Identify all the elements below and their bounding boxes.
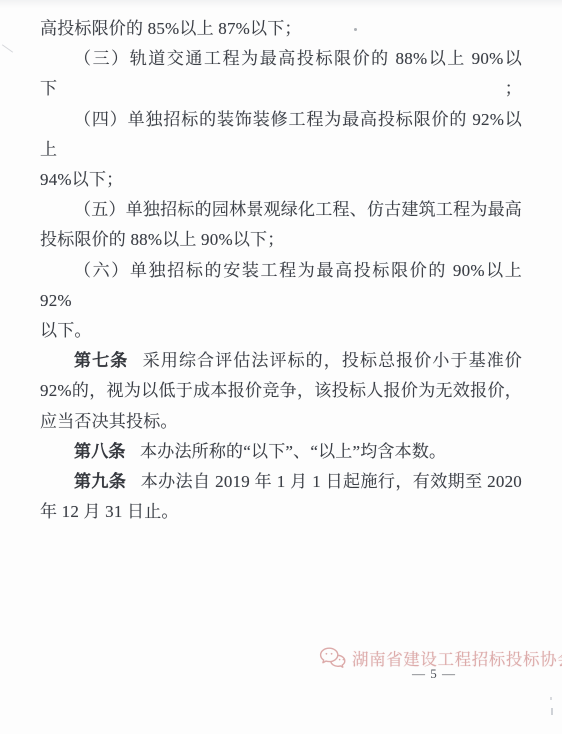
text-line: 投标限价的 88%以上 90%以下；	[40, 225, 522, 255]
article-text: 本办法自 2019 年 1 月 1 日起施行，有效期至 2020	[141, 472, 522, 491]
text-line: 高投标限价的 85%以上 87%以下；	[40, 14, 522, 44]
page-number: — 5 —	[396, 666, 472, 682]
document-page: 高投标限价的 85%以上 87%以下； （三）轨道交通工程为最高投标限价的 88…	[0, 0, 562, 734]
article-text: 采用综合评估法评标的，投标总报价小于基准价	[143, 351, 522, 370]
text-line: 第九条本办法自 2019 年 1 月 1 日起施行，有效期至 2020	[40, 467, 522, 497]
text-line: （五）单独招标的园林景观绿化工程、仿古建筑工程为最高	[40, 195, 522, 225]
scan-artifact-speck	[551, 708, 553, 715]
document-body: 高投标限价的 85%以上 87%以下； （三）轨道交通工程为最高投标限价的 88…	[40, 14, 522, 527]
text-line: 以下。	[40, 316, 522, 346]
text-line: （六）单独招标的安装工程为最高投标限价的 90%以上 92%	[40, 256, 522, 316]
text-line: 92%的，视为以低于成本报价竞争，该投标人报价为无效报价，	[40, 376, 522, 406]
scan-artifact-line	[2, 44, 13, 52]
scan-artifact-speck	[550, 697, 552, 700]
text-line: （三）轨道交通工程为最高投标限价的 88%以上 90%以下；	[40, 44, 522, 104]
wechat-icon	[318, 646, 348, 670]
text-line: 94%以下；	[40, 165, 522, 195]
article-number: 第七条	[74, 351, 128, 370]
text-line: （四）单独招标的装饰装修工程为最高投标限价的 92%以上	[40, 105, 522, 165]
text-line: 年 12 月 31 日止。	[40, 497, 522, 527]
article-text: 本办法所称的“以下”、“以上”均含本数。	[140, 442, 446, 461]
text-line: 第七条采用综合评估法评标的，投标总报价小于基准价	[40, 346, 522, 376]
article-number: 第八条	[74, 442, 126, 461]
text-line: 第八条本办法所称的“以下”、“以上”均含本数。	[40, 437, 522, 467]
article-number: 第九条	[74, 472, 126, 491]
text-line: 应当否决其投标。	[40, 407, 522, 437]
